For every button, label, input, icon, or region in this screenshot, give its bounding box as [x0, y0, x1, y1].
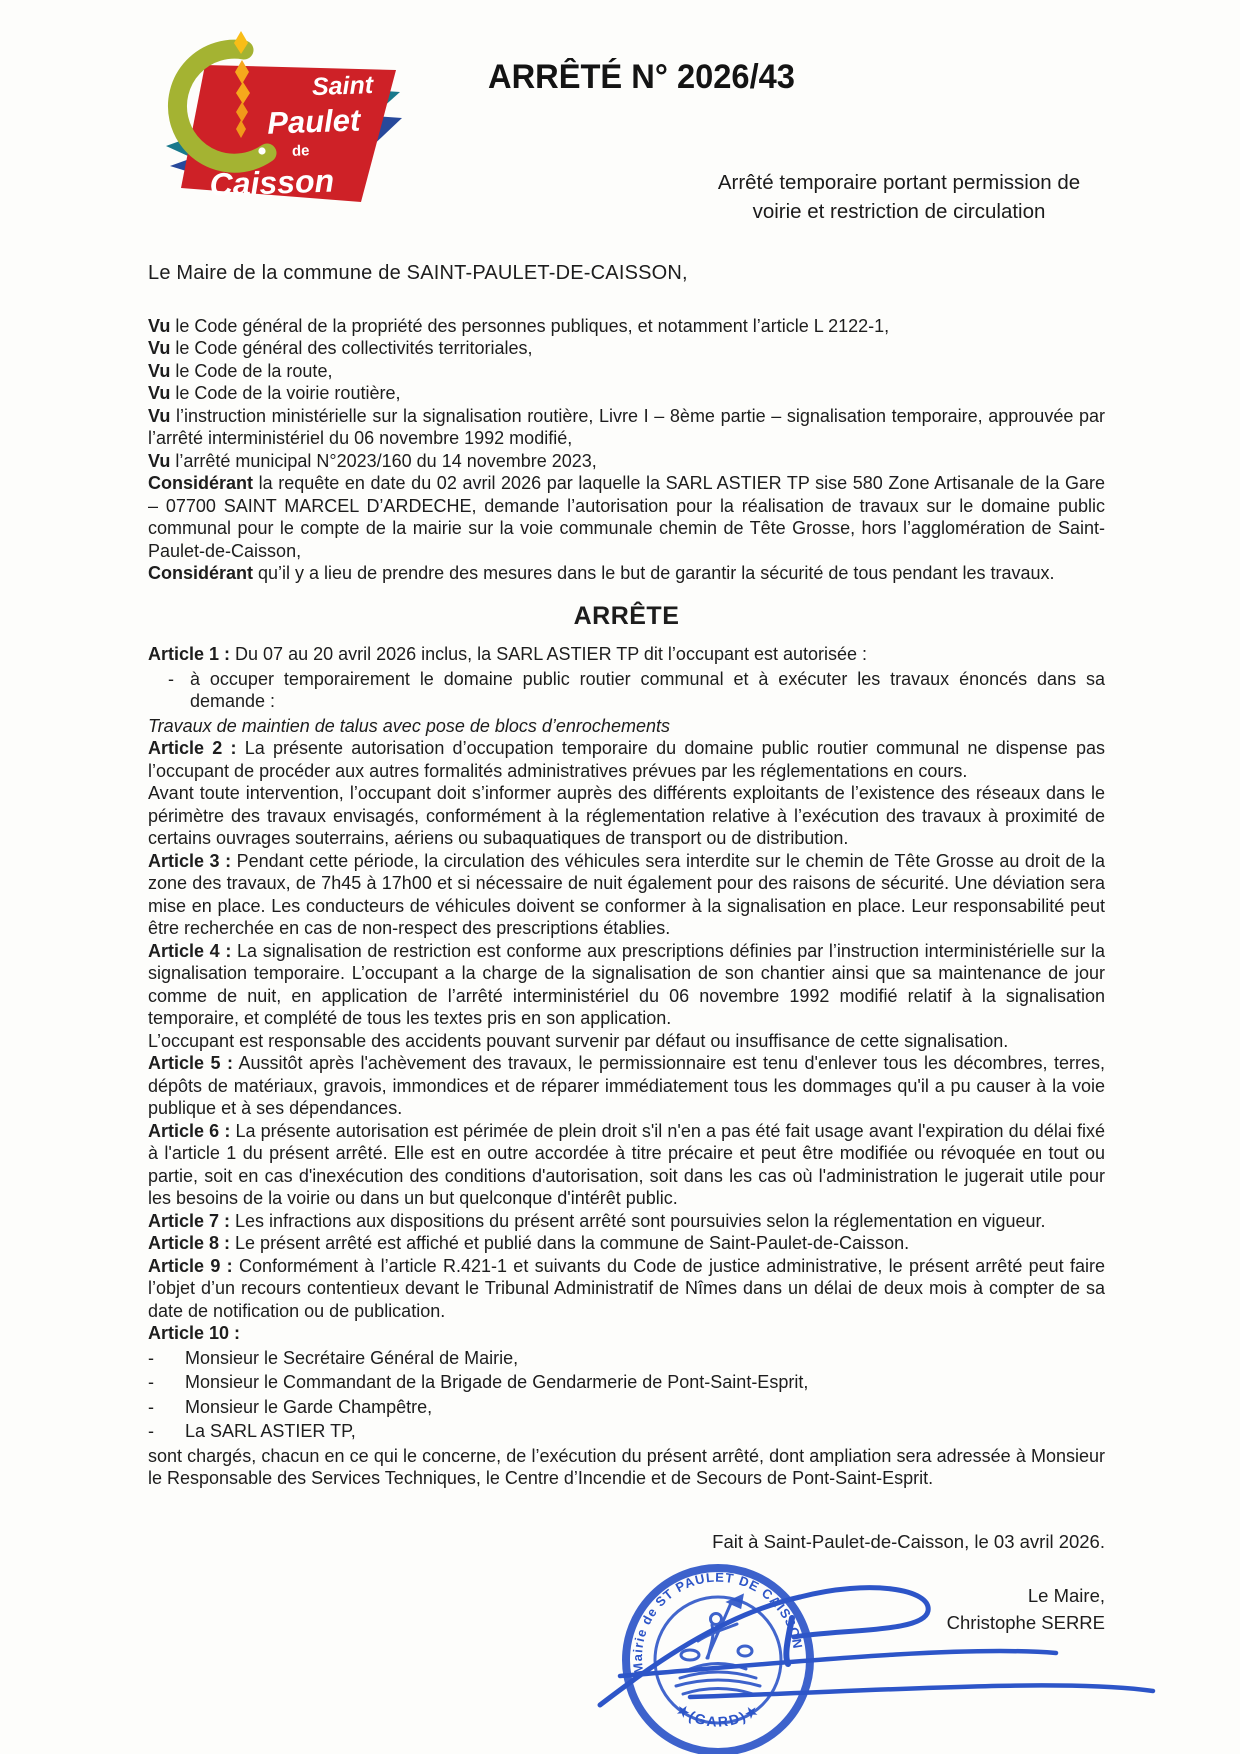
list-dash: - [148, 1347, 185, 1370]
block-text: La présente autorisation d’occupation te… [148, 738, 1105, 781]
document-block: Article 7 : Les infractions aux disposit… [148, 1210, 1105, 1233]
block-text: l’arrêté municipal N°2023/160 du 14 nove… [170, 451, 596, 471]
official-stamp: Mairie de ST PAULET DE CAISSON ★(GARD)★ [540, 1545, 1180, 1754]
block-text: Monsieur le Commandant de la Brigade de … [185, 1371, 1105, 1394]
block-label: Article 10 : [148, 1323, 240, 1343]
document-block: Article 5 : Aussitôt après l'achèvement … [148, 1052, 1105, 1120]
document-block: Article 9 : Conformément à l’article R.4… [148, 1255, 1105, 1323]
block-label: Article 1 : [148, 644, 230, 664]
block-text: à occuper temporairement le domaine publ… [190, 668, 1105, 713]
block-label: Article 3 : [148, 851, 231, 871]
document-block: -Monsieur le Commandant de la Brigade de… [148, 1371, 1105, 1394]
block-label: Vu [148, 451, 170, 471]
document-block: Article 1 : Du 07 au 20 avril 2026 inclu… [148, 643, 1105, 666]
document-block: Article 4 : La signalisation de restrict… [148, 940, 1105, 1030]
document-block: ARRÊTE [148, 605, 1105, 628]
block-text: La SARL ASTIER TP, [185, 1420, 1105, 1443]
block-text: Pendant cette période, la circulation de… [148, 851, 1105, 939]
document-block: Vu l’arrêté municipal N°2023/160 du 14 n… [148, 450, 1105, 473]
list-dash: - [148, 1420, 185, 1443]
document-block: Considérant la requête en date du 02 avr… [148, 472, 1105, 562]
document-title: ARRÊTÉ N° 2026/43 [488, 58, 795, 97]
logo-word-paulet: Paulet [267, 102, 363, 140]
block-label: Considérant [148, 473, 253, 493]
block-text: La présente autorisation est périmée de … [148, 1121, 1105, 1209]
document-block: Vu le Code général des collectivités ter… [148, 337, 1105, 360]
logo-word-caisson: Caisson [209, 162, 335, 202]
document-block: sont chargés, chacun en ce qui le concer… [148, 1445, 1105, 1490]
document-block: Travaux de maintien de talus avec pose d… [148, 715, 1105, 738]
block-label: Vu [148, 383, 170, 403]
signature-scribble [600, 1588, 1153, 1705]
document-block: Vu le Code de la route, [148, 360, 1105, 383]
document-block: Article 3 : Pendant cette période, la ci… [148, 850, 1105, 940]
document-block: Article 6 : La présente autorisation est… [148, 1120, 1105, 1210]
block-text: le Code général des collectivités territ… [170, 338, 532, 358]
block-text: Avant toute intervention, l’occupant doi… [148, 783, 1105, 848]
block-label: Vu [148, 316, 170, 336]
document-block: Article 10 : [148, 1322, 1105, 1345]
commune-logo-icon: Saint Paulet de Caisson [148, 30, 418, 220]
block-label: Article 4 : [148, 941, 231, 961]
subtitle-line-1: Arrêté temporaire portant permission de [648, 168, 1150, 197]
block-label: Article 5 : [148, 1053, 233, 1073]
salutation: Le Maire de la commune de SAINT-PAULET-D… [148, 262, 1105, 285]
block-text: Conformément à l’article R.421-1 et suiv… [148, 1256, 1105, 1321]
block-label: Article 2 : [148, 738, 237, 758]
block-label: Article 6 : [148, 1121, 230, 1141]
block-label: Article 8 : [148, 1233, 230, 1253]
document-block: Vu l’instruction ministérielle sur la si… [148, 405, 1105, 450]
document-block: -Monsieur le Garde Champêtre, [148, 1396, 1105, 1419]
block-text: Monsieur le Garde Champêtre, [185, 1396, 1105, 1419]
block-text: le Code général de la propriété des pers… [170, 316, 889, 336]
block-text: qu’il y a lieu de prendre des mesures da… [253, 563, 1054, 583]
document-block: Vu le Code de la voirie routière, [148, 382, 1105, 405]
block-text: Aussitôt après l'achèvement des travaux,… [148, 1053, 1105, 1118]
logo-word-saint: Saint [311, 71, 375, 101]
document-block: -à occuper temporairement le domaine pub… [148, 668, 1105, 713]
document-block: -La SARL ASTIER TP, [148, 1420, 1105, 1443]
document-block: Article 2 : La présente autorisation d’o… [148, 737, 1105, 782]
document-block: -Monsieur le Secrétaire Général de Mairi… [148, 1347, 1105, 1370]
block-text: Du 07 au 20 avril 2026 inclus, la SARL A… [230, 644, 867, 664]
document-block: Article 8 : Le présent arrêté est affich… [148, 1232, 1105, 1255]
block-text: le Code de la route, [170, 361, 332, 381]
stamp-bottom-text: ★(GARD)★ [674, 1701, 763, 1730]
block-text: sont chargés, chacun en ce qui le concer… [148, 1446, 1105, 1489]
document-block: L’occupant est responsable des accidents… [148, 1030, 1105, 1053]
svg-text:★(GARD)★: ★(GARD)★ [674, 1701, 763, 1730]
paragraph-list: Vu le Code général de la propriété des p… [148, 315, 1105, 1490]
block-text: Monsieur le Secrétaire Général de Mairie… [185, 1347, 1105, 1370]
block-label: Vu [148, 406, 170, 426]
block-text: l’instruction ministérielle sur la signa… [148, 406, 1105, 449]
list-dash: - [148, 1396, 185, 1419]
block-text: la requête en date du 02 avril 2026 par … [148, 473, 1105, 561]
block-text: L’occupant est responsable des accidents… [148, 1031, 1008, 1051]
document-block: Avant toute intervention, l’occupant doi… [148, 782, 1105, 850]
block-text: Travaux de maintien de talus avec pose d… [148, 716, 670, 736]
subtitle-line-2: voirie et restriction de circulation [648, 197, 1150, 226]
block-label: Considérant [148, 563, 253, 583]
block-text: Le présent arrêté est affiché et publié … [230, 1233, 909, 1253]
block-label: Article 7 : [148, 1211, 230, 1231]
block-text: ARRÊTE [574, 602, 680, 630]
list-dash: - [148, 1371, 185, 1394]
block-text: Les infractions aux dispositions du prés… [230, 1211, 1045, 1231]
block-label: Vu [148, 361, 170, 381]
document-page: Saint Paulet de Caisson ARRÊTÉ N° 2026/4… [0, 0, 1240, 1754]
stamp-and-signature-icon: Mairie de ST PAULET DE CAISSON ★(GARD)★ [540, 1545, 1180, 1754]
block-text: le Code de la voirie routière, [170, 383, 400, 403]
block-label: Article 9 : [148, 1256, 233, 1276]
logo-word-de: de [292, 142, 310, 160]
document-block: Considérant qu’il y a lieu de prendre de… [148, 562, 1105, 585]
document-body: Le Maire de la commune de SAINT-PAULET-D… [148, 262, 1105, 1490]
list-dash: - [168, 668, 190, 713]
block-text: La signalisation de restriction est conf… [148, 941, 1105, 1029]
document-block: Vu le Code général de la propriété des p… [148, 315, 1105, 338]
commune-logo: Saint Paulet de Caisson [148, 30, 418, 220]
document-subtitle: Arrêté temporaire portant permission de … [648, 168, 1150, 226]
block-label: Vu [148, 338, 170, 358]
